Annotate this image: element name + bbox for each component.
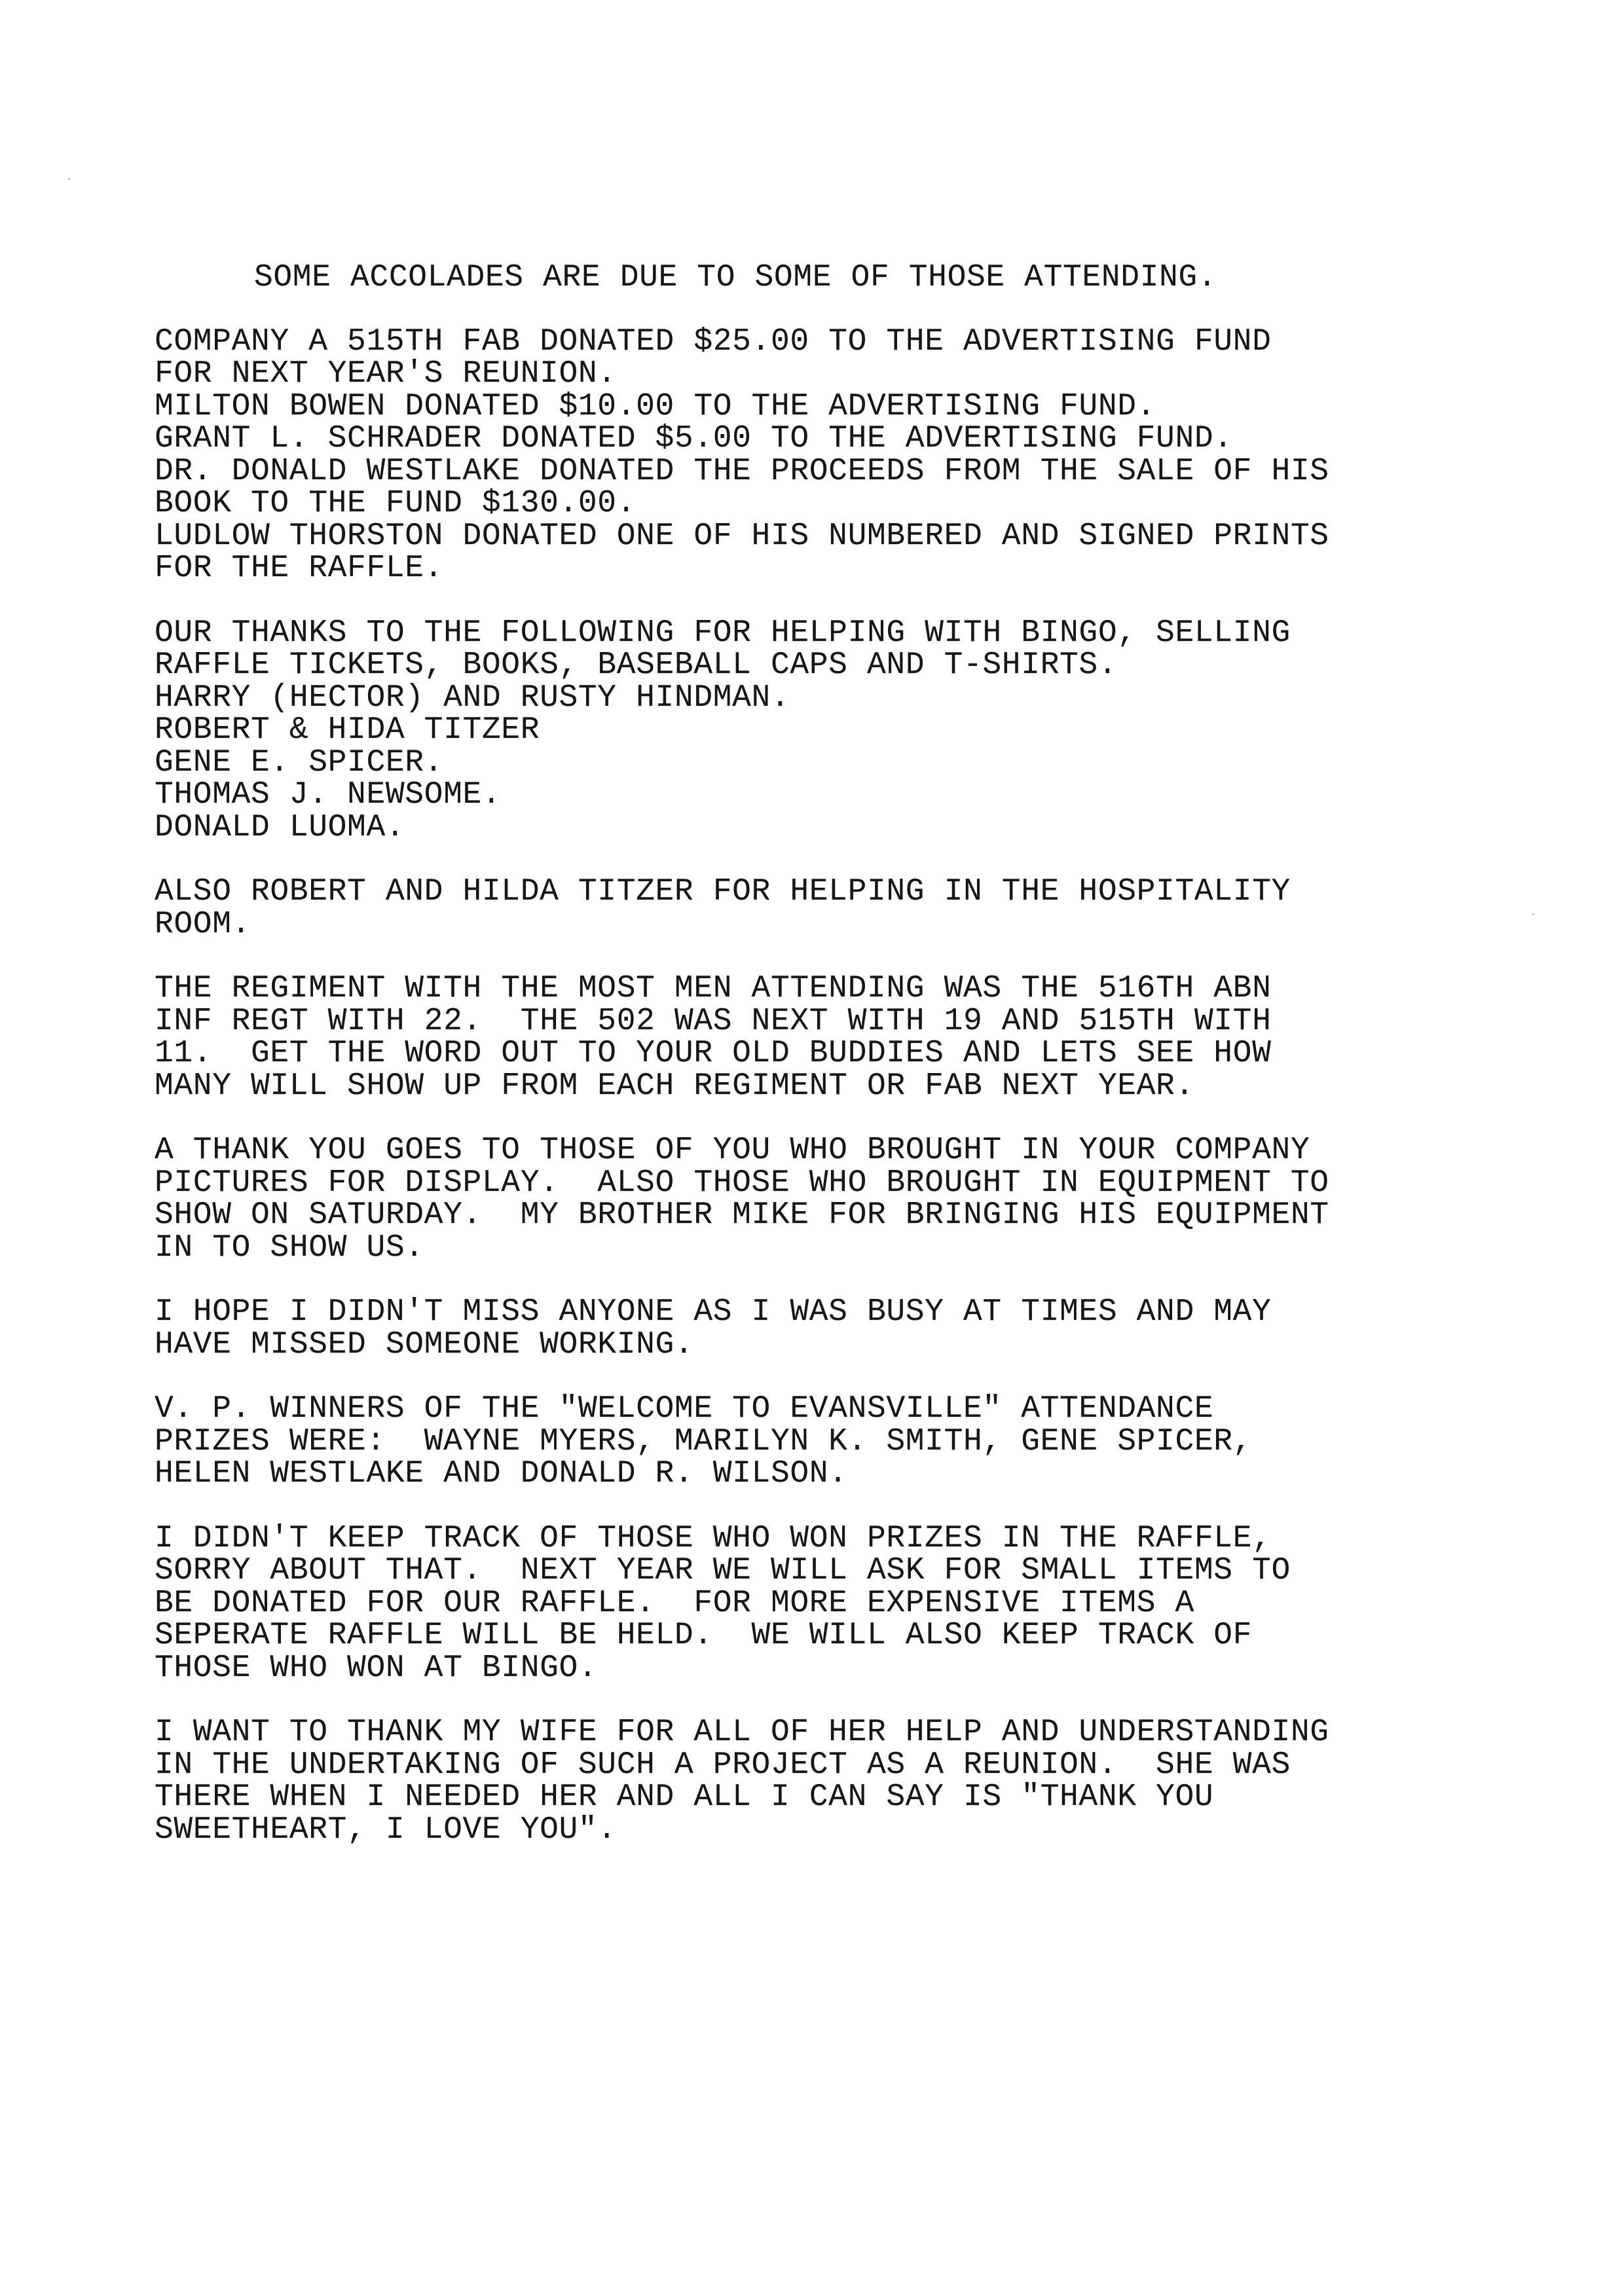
text-line: SWEETHEART, I LOVE YOU".: [155, 1814, 1530, 1847]
paragraph: V. P. WINNERS OF THE "WELCOME TO EVANSVI…: [155, 1393, 1530, 1491]
text-line: INF REGT WITH 22. THE 502 WAS NEXT WITH …: [155, 1006, 1530, 1038]
text-line: OUR THANKS TO THE FOLLOWING FOR HELPING …: [155, 617, 1530, 650]
text-line: PICTURES FOR DISPLAY. ALSO THOSE WHO BRO…: [155, 1167, 1530, 1200]
paragraph: COMPANY A 515TH FAB DONATED $25.00 TO TH…: [155, 326, 1530, 585]
paragraph: I WANT TO THANK MY WIFE FOR ALL OF HER H…: [155, 1717, 1530, 1846]
document-title: SOME ACCOLADES ARE DUE TO SOME OF THOSE …: [155, 262, 1530, 295]
text-line: HELEN WESTLAKE AND DONALD R. WILSON.: [155, 1458, 1530, 1491]
scan-speck: [68, 178, 70, 180]
text-line: I WANT TO THANK MY WIFE FOR ALL OF HER H…: [155, 1717, 1530, 1749]
text-line: MANY WILL SHOW UP FROM EACH REGIMENT OR …: [155, 1070, 1530, 1103]
text-line: HARRY (HECTOR) AND RUSTY HINDMAN.: [155, 682, 1530, 715]
text-line: RAFFLE TICKETS, BOOKS, BASEBALL CAPS AND…: [155, 649, 1530, 682]
text-line: COMPANY A 515TH FAB DONATED $25.00 TO TH…: [155, 326, 1530, 359]
text-line: ROOM.: [155, 909, 1530, 941]
text-line: 11. GET THE WORD OUT TO YOUR OLD BUDDIES…: [155, 1038, 1530, 1070]
text-line: GENE E. SPICER.: [155, 747, 1530, 780]
paragraph: A THANK YOU GOES TO THOSE OF YOU WHO BRO…: [155, 1135, 1530, 1264]
text-line: ROBERT & HIDA TITZER: [155, 714, 1530, 747]
paragraph: OUR THANKS TO THE FOLLOWING FOR HELPING …: [155, 617, 1530, 845]
text-line: I DIDN'T KEEP TRACK OF THOSE WHO WON PRI…: [155, 1523, 1530, 1556]
text-line: FOR THE RAFFLE.: [155, 553, 1530, 585]
text-line: THOMAS J. NEWSOME.: [155, 779, 1530, 812]
text-line: THE REGIMENT WITH THE MOST MEN ATTENDING…: [155, 973, 1530, 1006]
text-line: FOR NEXT YEAR'S REUNION.: [155, 358, 1530, 391]
paragraph-list: COMPANY A 515TH FAB DONATED $25.00 TO TH…: [155, 326, 1530, 1847]
text-line: ALSO ROBERT AND HILDA TITZER FOR HELPING…: [155, 876, 1530, 909]
text-line: GRANT L. SCHRADER DONATED $5.00 TO THE A…: [155, 423, 1530, 456]
text-line: LUDLOW THORSTON DONATED ONE OF HIS NUMBE…: [155, 520, 1530, 553]
paragraph: THE REGIMENT WITH THE MOST MEN ATTENDING…: [155, 973, 1530, 1102]
text-line: A THANK YOU GOES TO THOSE OF YOU WHO BRO…: [155, 1135, 1530, 1167]
text-line: DONALD LUOMA.: [155, 812, 1530, 845]
document-page: SOME ACCOLADES ARE DUE TO SOME OF THOSE …: [0, 0, 1624, 2296]
text-line: V. P. WINNERS OF THE "WELCOME TO EVANSVI…: [155, 1393, 1530, 1426]
paragraph: I HOPE I DIDN'T MISS ANYONE AS I WAS BUS…: [155, 1296, 1530, 1361]
text-line: SHOW ON SATURDAY. MY BROTHER MIKE FOR BR…: [155, 1199, 1530, 1232]
text-line: THOSE WHO WON AT BINGO.: [155, 1652, 1530, 1685]
text-line: IN TO SHOW US.: [155, 1232, 1530, 1265]
scan-speck: [1532, 913, 1534, 915]
text-line: BOOK TO THE FUND $130.00.: [155, 488, 1530, 520]
text-line: THERE WHEN I NEEDED HER AND ALL I CAN SA…: [155, 1781, 1530, 1814]
text-line: HAVE MISSED SOMEONE WORKING.: [155, 1329, 1530, 1362]
text-line: MILTON BOWEN DONATED $10.00 TO THE ADVER…: [155, 391, 1530, 424]
paragraph: ALSO ROBERT AND HILDA TITZER FOR HELPING…: [155, 876, 1530, 941]
document-body: SOME ACCOLADES ARE DUE TO SOME OF THOSE …: [155, 262, 1530, 1878]
text-line: I HOPE I DIDN'T MISS ANYONE AS I WAS BUS…: [155, 1296, 1530, 1329]
text-line: IN THE UNDERTAKING OF SUCH A PROJECT AS …: [155, 1749, 1530, 1782]
text-line: SORRY ABOUT THAT. NEXT YEAR WE WILL ASK …: [155, 1555, 1530, 1588]
text-line: BE DONATED FOR OUR RAFFLE. FOR MORE EXPE…: [155, 1588, 1530, 1620]
text-line: PRIZES WERE: WAYNE MYERS, MARILYN K. SMI…: [155, 1426, 1530, 1459]
text-line: DR. DONALD WESTLAKE DONATED THE PROCEEDS…: [155, 456, 1530, 488]
paragraph: I DIDN'T KEEP TRACK OF THOSE WHO WON PRI…: [155, 1523, 1530, 1685]
text-line: SEPERATE RAFFLE WILL BE HELD. WE WILL AL…: [155, 1620, 1530, 1652]
